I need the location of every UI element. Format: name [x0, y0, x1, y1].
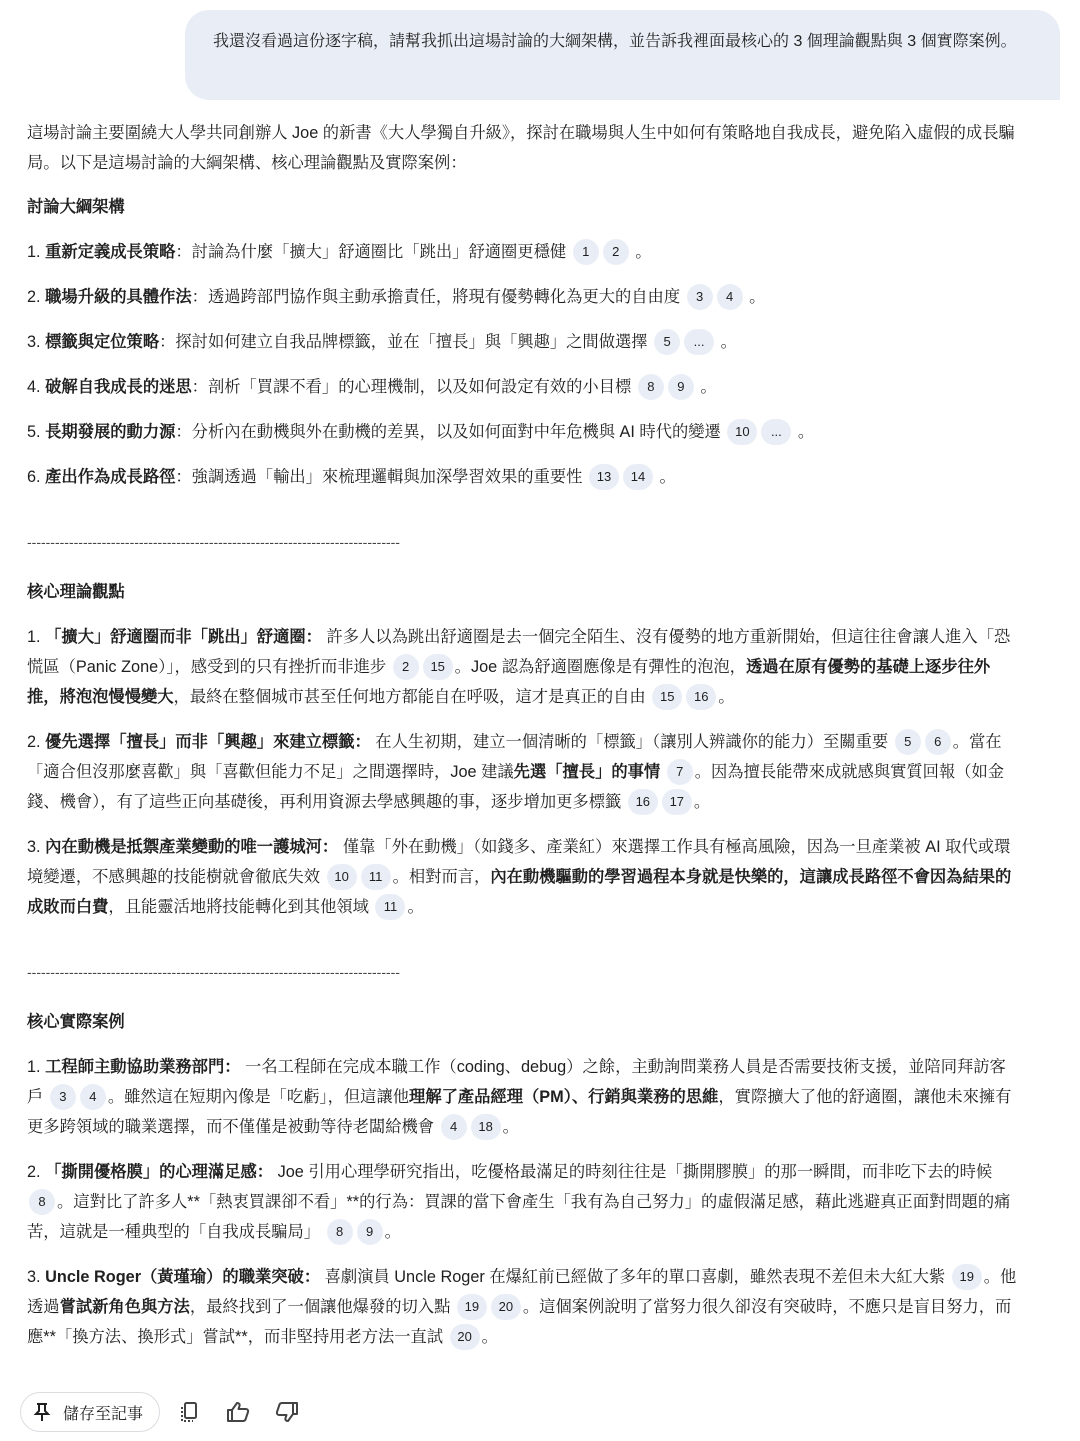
item-emphasis: 理解了產品經理（PM）、行銷與業務的思維 — [409, 1088, 718, 1106]
item-title: 工程師主動協助業務部門： — [45, 1058, 240, 1076]
item-number: 6. — [27, 468, 41, 486]
outline-item: 2. 職場升級的具體作法：透過跨部門協作與主動承擔責任，將現有優勢轉化為更大的自… — [27, 282, 1017, 312]
save-to-notes-button[interactable]: 儲存至記事 — [20, 1392, 160, 1432]
item-text: ，最終找到了一個讓他爆發的切入點 — [190, 1298, 451, 1316]
period: 。 — [745, 288, 766, 306]
period: 。 — [655, 468, 676, 486]
item-text: ：剖析「買課不看」的心理機制，以及如何設定有效的小目標 — [192, 378, 632, 396]
outline-item: 4. 破解自我成長的迷思：剖析「買課不看」的心理機制，以及如何設定有效的小目標 … — [27, 372, 1017, 402]
outline-item: 3. 標籤與定位策略：探討如何建立自我品牌標籤，並在「擅長」與「興趣」之間做選擇… — [27, 327, 1017, 357]
outline-list: 1. 重新定義成長策略：討論為什麼「擴大」舒適圈比「跳出」舒適圈更穩健 12 。… — [27, 237, 1017, 492]
citation-chip[interactable]: 5 — [654, 329, 680, 355]
item-text: ：強調透過「輸出」來梳理邏輯與加深學習效果的重要性 — [175, 468, 582, 486]
item-number: 1. — [27, 243, 41, 261]
citation-chip[interactable]: 20 — [491, 1294, 521, 1320]
citation-chip[interactable]: 3 — [50, 1084, 76, 1110]
theories-list: 1. 「擴大」舒適圈而非「跳出」舒適圈： 許多人以為跳出舒適圈是去一個完全陌生、… — [27, 622, 1017, 922]
period: 。 — [694, 793, 710, 811]
item-text: 喜劇演員 Uncle Roger 在爆紅前已經做了多年的單口喜劇，雖然表現不差但… — [320, 1268, 945, 1286]
item-number: 3. — [27, 333, 41, 351]
item-title: 職場升級的具體作法 — [45, 288, 192, 306]
citation-chip[interactable]: 15 — [423, 654, 453, 680]
citation-chip[interactable]: 10 — [727, 419, 757, 445]
citation-chip[interactable]: 19 — [457, 1294, 487, 1320]
citation-chip[interactable]: 11 — [361, 864, 391, 890]
item-number: 5. — [27, 423, 41, 441]
item-text: 在人生初期，建立一個清晰的「標籤」（讓別人辨識你的能力）至關重要 — [371, 733, 888, 751]
user-message-row: 我還沒看過這份逐字稿，請幫我抓出這場討論的大綱架構，並告訴我裡面最核心的 3 個… — [185, 10, 1060, 100]
item-title: 標籤與定位策略 — [45, 333, 159, 351]
item-title: 「擴大」舒適圈而非「跳出」舒適圈： — [45, 628, 322, 646]
item-emphasis: 嘗試新角色與方法 — [60, 1298, 190, 1316]
citation-chip[interactable]: 13 — [589, 464, 619, 490]
theories-heading: 核心理論觀點 — [27, 577, 1017, 607]
citation-chip[interactable]: 10 — [327, 864, 357, 890]
item-title: 破解自我成長的迷思 — [45, 378, 192, 396]
item-title: 長期發展的動力源 — [45, 423, 175, 441]
citation-chip[interactable]: 2 — [393, 654, 419, 680]
outline-item: 6. 產出作為成長路徑：強調透過「輸出」來梳理邏輯與加深學習效果的重要性 131… — [27, 462, 1017, 492]
citation-chip[interactable]: 18 — [471, 1114, 501, 1140]
citation-chip[interactable]: 5 — [895, 729, 921, 755]
good-response-button[interactable] — [218, 1392, 258, 1432]
response-intro: 這場討論主要圍繞大人學共同創辦人 Joe 的新書《大人學獨自升級》，探討在職場與… — [27, 118, 1017, 178]
citation-chip[interactable]: 14 — [623, 464, 653, 490]
item-text: ：討論為什麼「擴大」舒適圈比「跳出」舒適圈更穩健 — [175, 243, 566, 261]
theory-item: 3. 內在動機是抵禦產業變動的唯一護城河： 僅靠「外在動機」（如錢多、產業紅）來… — [27, 832, 1017, 922]
pin-icon — [33, 1402, 51, 1422]
cases-list: 1. 工程師主動協助業務部門： 一名工程師在完成本職工作（coding、debu… — [27, 1052, 1017, 1352]
item-emphasis: 先選「擅長」的事情 — [514, 763, 661, 781]
item-text: ：分析內在動機與外在動機的差異，以及如何面對中年危機與 AI 時代的變遷 — [175, 423, 720, 441]
outline-item: 5. 長期發展的動力源：分析內在動機與外在動機的差異，以及如何面對中年危機與 A… — [27, 417, 1017, 447]
item-text: 。雖然這在短期內像是「吃虧」，但這讓他 — [108, 1088, 409, 1106]
user-message-text: 我還沒看過這份逐字稿，請幫我抓出這場討論的大綱架構，並告訴我裡面最核心的 3 個… — [213, 33, 1017, 50]
theory-item: 1. 「擴大」舒適圈而非「跳出」舒適圈： 許多人以為跳出舒適圈是去一個完全陌生、… — [27, 622, 1017, 712]
citation-chip[interactable]: 8 — [327, 1219, 353, 1245]
item-number: 3. — [27, 838, 41, 856]
period: 。 — [696, 378, 717, 396]
citation-chip[interactable]: 4 — [717, 284, 743, 310]
item-title: Uncle Roger（黃瑾瑜）的職業突破： — [45, 1268, 320, 1286]
citation-chip[interactable]: ... — [761, 419, 791, 445]
divider: ----------------------------------------… — [27, 532, 669, 552]
citation-chip[interactable]: 8 — [29, 1189, 55, 1215]
case-item: 2. 「撕開優格膜」的心理滿足感： Joe 引用心理學研究指出，吃優格最滿足的時… — [27, 1157, 1017, 1247]
item-text: ，且能靈活地將技能轉化到其他領域 — [108, 898, 369, 916]
cases-heading: 核心實際案例 — [27, 1007, 1017, 1037]
thumbs-down-icon — [275, 1401, 299, 1423]
item-number: 3. — [27, 1268, 41, 1286]
item-text: ：透過跨部門協作與主動承擔責任，將現有優勢轉化為更大的自由度 — [192, 288, 680, 306]
save-to-notes-label: 儲存至記事 — [63, 1401, 143, 1424]
period: 。 — [503, 1118, 519, 1136]
item-title: 優先選擇「擅長」而非「興趣」來建立標籤： — [45, 733, 371, 751]
item-number: 1. — [27, 628, 41, 646]
item-title: 內在動機是抵禦產業變動的唯一護城河： — [45, 838, 338, 856]
copy-button[interactable] — [169, 1392, 209, 1432]
citation-chip[interactable]: 16 — [628, 789, 658, 815]
theory-item: 2. 優先選擇「擅長」而非「興趣」來建立標籤： 在人生初期，建立一個清晰的「標籤… — [27, 727, 1017, 817]
thumbs-up-icon — [226, 1401, 250, 1423]
citation-chip[interactable]: 16 — [686, 684, 716, 710]
citation-chip[interactable]: 7 — [667, 759, 693, 785]
response-actions: 儲存至記事 — [20, 1392, 307, 1432]
citation-chip[interactable]: 4 — [441, 1114, 467, 1140]
item-number: 2. — [27, 1163, 41, 1181]
assistant-response: 這場討論主要圍繞大人學共同創辦人 Joe 的新書《大人學獨自升級》，探討在職場與… — [27, 118, 1017, 1367]
item-number: 2. — [27, 288, 41, 306]
bad-response-button[interactable] — [267, 1392, 307, 1432]
item-text: ，最終在整個城市甚至任何地方都能自在呼吸，這才是真正的自由 — [174, 688, 646, 706]
user-message-bubble: 我還沒看過這份逐字稿，請幫我抓出這場討論的大綱架構，並告訴我裡面最核心的 3 個… — [185, 10, 1060, 100]
citation-chip[interactable]: 6 — [925, 729, 951, 755]
item-text: Joe 引用心理學研究指出，吃優格最滿足的時刻往往是「撕開膠膜」的那一瞬間，而非… — [273, 1163, 992, 1181]
period: 。 — [631, 243, 652, 261]
period: 。 — [718, 688, 734, 706]
item-number: 2. — [27, 733, 41, 751]
citation-chip[interactable]: ... — [684, 329, 714, 355]
citation-chip[interactable]: 2 — [603, 239, 629, 265]
item-text: ：探討如何建立自我品牌標籤，並在「擅長」與「興趣」之間做選擇 — [159, 333, 647, 351]
citation-chip[interactable]: 20 — [450, 1324, 480, 1350]
period: 。 — [385, 1223, 401, 1241]
item-title: 重新定義成長策略 — [45, 243, 175, 261]
period: 。 — [793, 423, 814, 441]
citation-chip[interactable]: 19 — [952, 1264, 982, 1290]
copy-icon — [178, 1401, 200, 1423]
citation-chip[interactable]: 3 — [687, 284, 713, 310]
outline-heading: 討論大綱架構 — [27, 192, 1017, 222]
divider: ----------------------------------------… — [27, 962, 669, 982]
citation-chip[interactable]: 9 — [357, 1219, 383, 1245]
case-item: 3. Uncle Roger（黃瑾瑜）的職業突破： 喜劇演員 Uncle Rog… — [27, 1262, 1017, 1352]
item-text: 。相對而言， — [393, 868, 491, 886]
citation-chip[interactable]: 1 — [573, 239, 599, 265]
period: 。 — [407, 898, 423, 916]
item-text: 。Joe 認為舒適圈應像是有彈性的泡泡， — [455, 658, 746, 676]
period: 。 — [716, 333, 737, 351]
outline-item: 1. 重新定義成長策略：討論為什麼「擴大」舒適圈比「跳出」舒適圈更穩健 12 。 — [27, 237, 1017, 267]
citation-chip[interactable]: 11 — [375, 894, 405, 920]
item-text: 。這對比了許多人**「熱衷買課卻不看」**的行為：買課的當下會產生「我有為自己努… — [27, 1193, 1010, 1241]
item-title: 產出作為成長路徑 — [45, 468, 175, 486]
period: 。 — [482, 1328, 498, 1346]
case-item: 1. 工程師主動協助業務部門： 一名工程師在完成本職工作（coding、debu… — [27, 1052, 1017, 1142]
citation-chip[interactable]: 8 — [638, 374, 664, 400]
item-number: 4. — [27, 378, 41, 396]
citation-chip[interactable]: 4 — [80, 1084, 106, 1110]
citation-chip[interactable]: 9 — [668, 374, 694, 400]
citation-chip[interactable]: 17 — [662, 789, 692, 815]
item-number: 1. — [27, 1058, 41, 1076]
item-title: 「撕開優格膜」的心理滿足感： — [45, 1163, 273, 1181]
citation-chip[interactable]: 15 — [652, 684, 682, 710]
